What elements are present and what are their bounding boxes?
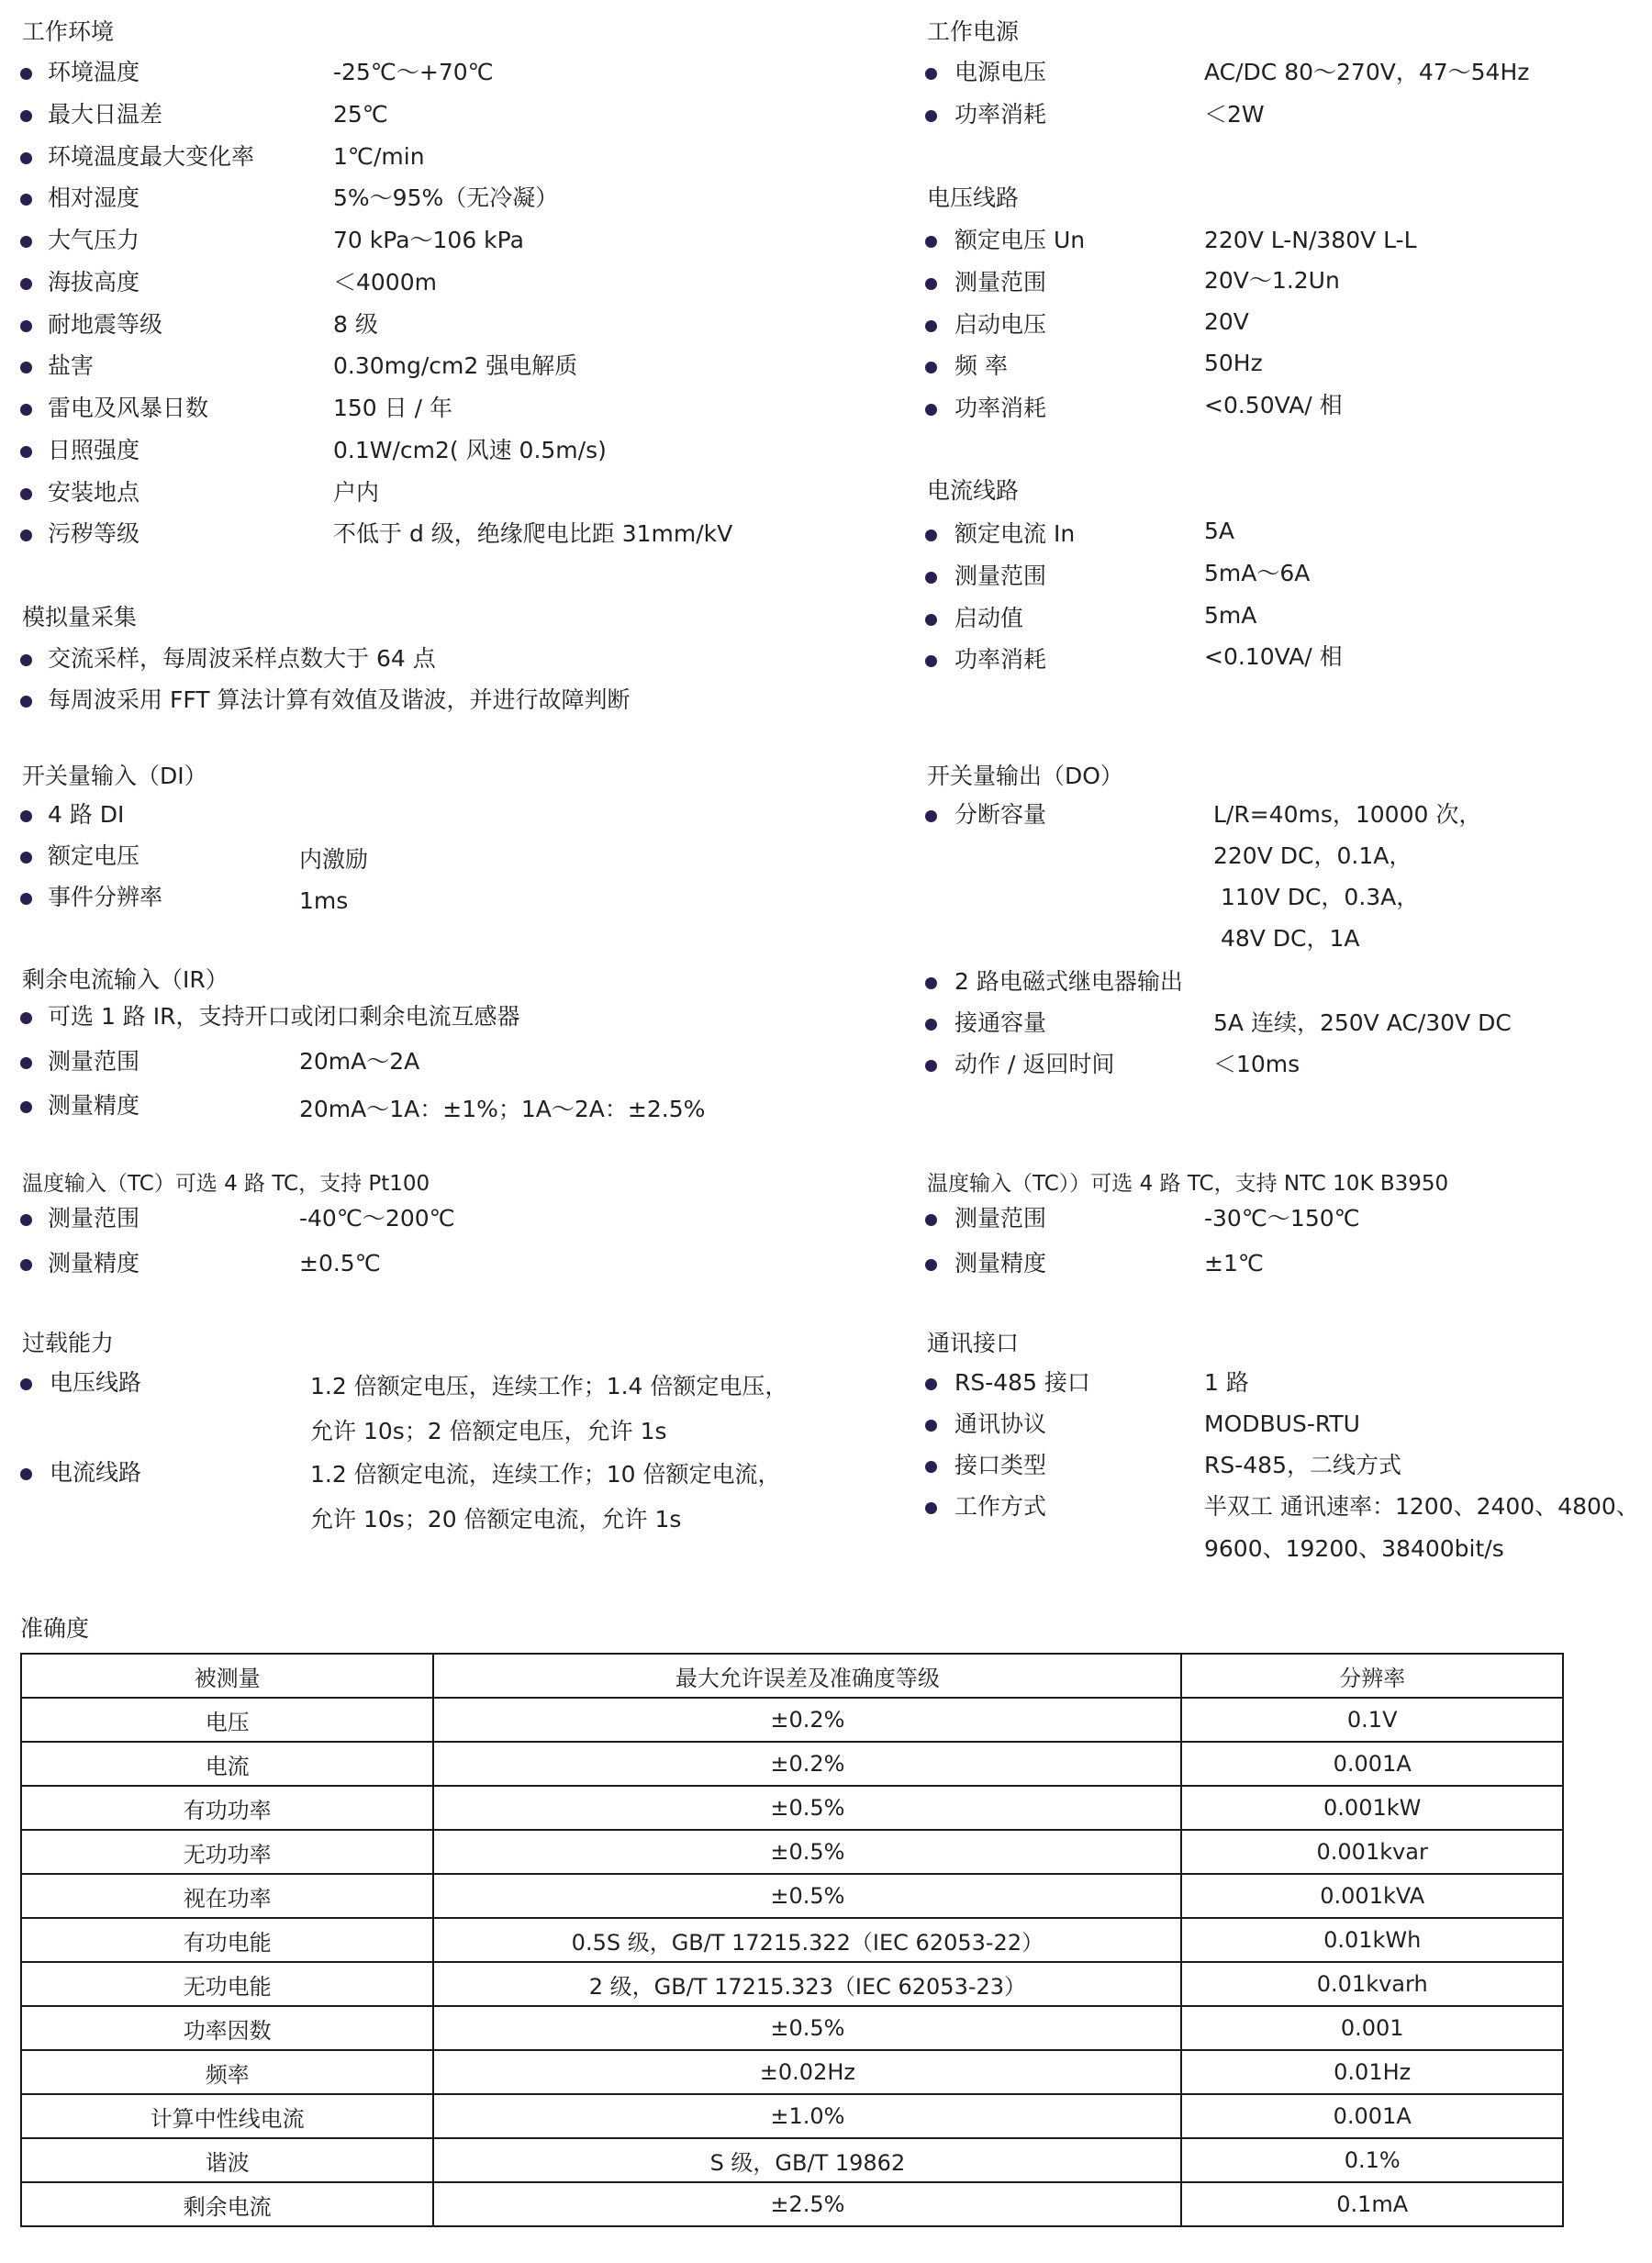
bullet-icon xyxy=(20,1214,32,1226)
item-value-line: 半双工 通讯速率：1200、2400、4800、 xyxy=(1204,1493,1639,1521)
cell-max-error: S 级，GB/T 19862 xyxy=(433,2138,1181,2182)
item-label: 事件分辨率 xyxy=(48,884,162,911)
item-label: 电压线路 xyxy=(50,1369,141,1397)
item-value: 8 级 xyxy=(333,311,378,339)
bullet-icon xyxy=(925,530,937,541)
accuracy-table: 被测量 最大允许误差及准确度等级 分辨率 电压±0.2%0.1V 电流±0.2%… xyxy=(20,1653,1564,2227)
item-label: 每周波采用 FFT 算法计算有效值及谐波，并进行故障判断 xyxy=(48,686,631,714)
item-label: 功率消耗 xyxy=(954,101,1046,128)
bullet-icon xyxy=(925,110,937,122)
cell-measurand: 频率 xyxy=(21,2050,433,2094)
cell-resolution: 0.001A xyxy=(1181,1742,1563,1786)
bullet-icon xyxy=(925,320,937,332)
item-label: 通讯协议 xyxy=(954,1410,1046,1438)
cell-measurand: 无功电能 xyxy=(21,1962,433,2006)
cell-max-error: ±0.02Hz xyxy=(433,2050,1181,2094)
table-row: 谐波S 级，GB/T 198620.1% xyxy=(21,2138,1563,2182)
cell-max-error: ±0.5% xyxy=(433,1874,1181,1918)
table-row: 频率±0.02Hz0.01Hz xyxy=(21,2050,1563,2094)
bullet-icon xyxy=(20,1259,32,1271)
item-value-line: 允许 10s；20 倍额定电流，允许 1s xyxy=(310,1506,681,1533)
bullet-icon xyxy=(925,1019,937,1031)
item-label: 相对湿度 xyxy=(48,184,140,212)
cell-measurand: 有功功率 xyxy=(21,1786,433,1830)
item-label: 分断容量 xyxy=(954,801,1046,829)
table-row: 无功功率±0.5%0.001kvar xyxy=(21,1830,1563,1874)
item-value: 5mA～6A xyxy=(1204,560,1310,587)
item-value-line: 110V DC，0.3A， xyxy=(1213,884,1419,911)
bullet-icon xyxy=(20,362,32,373)
cell-measurand: 谐波 xyxy=(21,2138,433,2182)
section-title-ir: 剩余电流输入（IR） xyxy=(22,966,229,994)
section-title-analog: 模拟量采集 xyxy=(22,604,137,631)
section-title-di: 开关量输入（DI） xyxy=(22,763,207,790)
bullet-icon xyxy=(20,152,32,164)
item-label: 动作 / 返回时间 xyxy=(954,1051,1114,1078)
item-value: 20mA～1A：±1%；1A～2A：±2.5% xyxy=(299,1096,705,1123)
bullet-icon xyxy=(20,194,32,206)
item-label: 污秽等级 xyxy=(48,520,140,548)
bullet-icon xyxy=(925,1214,937,1226)
item-value: 不低于 d 级，绝缘爬电比距 31mm/kV xyxy=(333,520,732,548)
bullet-icon xyxy=(20,654,32,666)
table-row: 无功电能2 级，GB/T 17215.323（IEC 62053-23）0.01… xyxy=(21,1962,1563,2006)
item-label: 电流线路 xyxy=(50,1459,141,1487)
bullet-icon xyxy=(20,1101,32,1113)
item-value: 150 日 / 年 xyxy=(333,395,452,422)
bullet-icon xyxy=(20,278,32,290)
item-value-line: 允许 10s；2 倍额定电压，允许 1s xyxy=(310,1418,667,1445)
bullet-icon xyxy=(925,655,937,667)
item-value: -40℃～200℃ xyxy=(299,1205,455,1232)
item-label: 测量范围 xyxy=(954,269,1046,296)
table-row: 有功功率±0.5%0.001kW xyxy=(21,1786,1563,1830)
item-value: 20V～1.2Un xyxy=(1204,267,1340,295)
table-row: 有功电能0.5S 级，GB/T 17215.322（IEC 62053-22）0… xyxy=(21,1918,1563,1962)
column-header-resolution: 分辨率 xyxy=(1181,1654,1563,1698)
item-label: 最大日温差 xyxy=(48,101,162,128)
item-value: 5%～95%（无冷凝） xyxy=(333,184,558,212)
bullet-icon xyxy=(20,488,32,500)
cell-measurand: 无功功率 xyxy=(21,1830,433,1874)
cell-resolution: 0.1% xyxy=(1181,2138,1563,2182)
item-label: 环境温度 xyxy=(48,59,140,86)
bullet-icon xyxy=(20,1057,32,1069)
cell-max-error: ±0.2% xyxy=(433,1698,1181,1742)
item-value: 50Hz xyxy=(1204,350,1263,377)
cell-resolution: 0.01Hz xyxy=(1181,2050,1563,2094)
cell-max-error: ±0.5% xyxy=(433,1830,1181,1874)
bullet-icon xyxy=(20,530,32,541)
item-label: 工作方式 xyxy=(954,1493,1046,1521)
bullet-icon xyxy=(20,68,32,80)
item-label: 功率消耗 xyxy=(954,395,1046,422)
item-value: 内激励 xyxy=(299,846,368,874)
cell-max-error: 0.5S 级，GB/T 17215.322（IEC 62053-22） xyxy=(433,1918,1181,1962)
table-header-row: 被测量 最大允许误差及准确度等级 分辨率 xyxy=(21,1654,1563,1698)
item-value: -25℃～+70℃ xyxy=(333,59,494,86)
table-row: 电压±0.2%0.1V xyxy=(21,1698,1563,1742)
item-label: 测量精度 xyxy=(48,1250,140,1277)
item-label: 耐地震等级 xyxy=(48,311,162,339)
item-value: RS-485，二线方式 xyxy=(1204,1452,1401,1479)
bullet-icon xyxy=(925,362,937,373)
bullet-icon xyxy=(925,236,937,248)
table-row: 电流±0.2%0.001A xyxy=(21,1742,1563,1786)
cell-max-error: ±2.5% xyxy=(433,2182,1181,2226)
section-title-accuracy: 准确度 xyxy=(20,1615,89,1643)
bullet-icon xyxy=(20,404,32,416)
cell-measurand: 电压 xyxy=(21,1698,433,1742)
item-label: 功率消耗 xyxy=(954,646,1046,674)
item-label: 额定电压 Un xyxy=(954,227,1085,254)
bullet-icon xyxy=(925,1259,937,1271)
item-value-line: 1.2 倍额定电压，连续工作；1.4 倍额定电压， xyxy=(310,1373,787,1400)
cell-resolution: 0.001kVA xyxy=(1181,1874,1563,1918)
section-title-power: 工作电源 xyxy=(927,18,1019,46)
bullet-icon xyxy=(20,110,32,122)
cell-resolution: 0.001kvar xyxy=(1181,1830,1563,1874)
item-label: 额定电压 xyxy=(48,842,140,870)
section-title-do: 开关量输出（DO） xyxy=(927,763,1123,790)
item-value: 0.30mg/cm2 强电解质 xyxy=(333,352,577,380)
cell-measurand: 电流 xyxy=(21,1742,433,1786)
item-label: 测量精度 xyxy=(48,1092,140,1120)
cell-resolution: 0.1V xyxy=(1181,1698,1563,1742)
item-value: 20V xyxy=(1204,308,1249,336)
bullet-icon xyxy=(925,1502,937,1514)
cell-measurand: 剩余电流 xyxy=(21,2182,433,2226)
item-label: 大气压力 xyxy=(48,227,140,254)
item-label: 启动电压 xyxy=(954,311,1046,339)
section-title-tc-ntc: 温度输入（TC））可选 4 路 TC，支持 NTC 10K B3950 xyxy=(927,1170,1448,1198)
cell-max-error: ±0.5% xyxy=(433,2006,1181,2050)
section-title-overload: 过载能力 xyxy=(22,1330,114,1357)
section-title-environment: 工作环境 xyxy=(22,18,114,46)
bullet-icon xyxy=(925,68,937,80)
bullet-icon xyxy=(925,572,937,584)
cell-resolution: 0.001 xyxy=(1181,2006,1563,2050)
bullet-icon xyxy=(925,404,937,416)
item-value: 5A 连续，250V AC/30V DC xyxy=(1213,1009,1512,1037)
item-value: ±1℃ xyxy=(1204,1250,1264,1277)
item-value: 1℃/min xyxy=(333,143,425,171)
item-label: 启动值 xyxy=(954,605,1023,632)
item-value: 5A xyxy=(1204,518,1234,545)
item-value: MODBUS-RTU xyxy=(1204,1410,1360,1438)
item-label: 可选 1 路 IR，支持开口或闭口剩余电流互感器 xyxy=(48,1003,520,1031)
item-value-line: 1.2 倍额定电流，连续工作；10 倍额定电流， xyxy=(310,1461,780,1488)
cell-resolution: 0.01kvarh xyxy=(1181,1962,1563,2006)
item-label: 测量范围 xyxy=(48,1205,140,1232)
cell-resolution: 0.001A xyxy=(1181,2094,1563,2138)
item-label: 测量范围 xyxy=(48,1048,140,1076)
cell-measurand: 功率因数 xyxy=(21,2006,433,2050)
item-label: 日照强度 xyxy=(48,437,140,464)
bullet-icon xyxy=(925,977,937,989)
table-row: 计算中性线电流±1.0%0.001A xyxy=(21,2094,1563,2138)
bullet-icon xyxy=(20,446,32,458)
bullet-icon xyxy=(20,893,32,905)
cell-resolution: 0.1mA xyxy=(1181,2182,1563,2226)
table-row: 功率因数±0.5%0.001 xyxy=(21,2006,1563,2050)
item-label: 交流采样，每周波采样点数大于 64 点 xyxy=(48,645,436,673)
item-label: 接通容量 xyxy=(954,1009,1046,1037)
item-label: 额定电流 In xyxy=(954,520,1075,548)
bullet-icon xyxy=(925,810,937,822)
bullet-icon xyxy=(20,236,32,248)
item-label: 测量精度 xyxy=(954,1250,1046,1277)
cell-measurand: 有功电能 xyxy=(21,1918,433,1962)
cell-max-error: ±1.0% xyxy=(433,2094,1181,2138)
item-label: 雷电及风暴日数 xyxy=(48,395,208,422)
item-value-line: L/R=40ms，10000 次， xyxy=(1213,801,1481,829)
bullet-icon xyxy=(925,1461,937,1473)
item-value-line: 220V DC，0.1A， xyxy=(1213,842,1412,870)
section-title-comm: 通讯接口 xyxy=(927,1330,1019,1357)
bullet-icon xyxy=(20,696,32,708)
item-label: 环境温度最大变化率 xyxy=(48,143,254,171)
item-value: 20mA～2A xyxy=(299,1048,419,1076)
item-label: RS-485 接口 xyxy=(954,1369,1090,1397)
item-value: AC/DC 80～270V，47～54Hz xyxy=(1204,59,1529,86)
bullet-icon xyxy=(925,1378,937,1390)
item-label: 盐害 xyxy=(48,352,94,380)
column-header-max-error: 最大允许误差及准确度等级 xyxy=(433,1654,1181,1698)
item-value-line: 9600、19200、38400bit/s xyxy=(1204,1535,1504,1563)
section-title-tc-pt100: 温度输入（TC）可选 4 路 TC，支持 Pt100 xyxy=(22,1170,430,1198)
item-value: 5mA xyxy=(1204,602,1256,630)
item-value: <0.50VA/ 相 xyxy=(1204,392,1343,419)
item-label: 测量范围 xyxy=(954,563,1046,590)
column-header-measurand: 被测量 xyxy=(21,1654,433,1698)
item-value: ＜10ms xyxy=(1213,1051,1300,1078)
item-value: <0.10VA/ 相 xyxy=(1204,643,1343,671)
bullet-icon xyxy=(925,614,937,626)
item-value-line: 48V DC，1A xyxy=(1213,925,1360,953)
bullet-icon xyxy=(925,1420,937,1432)
cell-max-error: ±0.5% xyxy=(433,1786,1181,1830)
item-value: -30℃～150℃ xyxy=(1204,1205,1360,1232)
item-value: 0.1W/cm2( 风速 0.5m/s) xyxy=(333,437,607,464)
cell-max-error: 2 级，GB/T 17215.323（IEC 62053-23） xyxy=(433,1962,1181,2006)
item-label: 电源电压 xyxy=(954,59,1046,86)
item-label: 安装地点 xyxy=(48,479,140,507)
cell-measurand: 视在功率 xyxy=(21,1874,433,1918)
section-title-current: 电流线路 xyxy=(927,477,1019,505)
cell-max-error: ±0.2% xyxy=(433,1742,1181,1786)
bullet-icon xyxy=(925,1060,937,1072)
bullet-icon xyxy=(20,810,32,822)
item-value: 70 kPa～106 kPa xyxy=(333,227,524,254)
item-label: 4 路 DI xyxy=(48,801,124,829)
section-title-voltage: 电压线路 xyxy=(927,184,1019,212)
item-label: 测量范围 xyxy=(954,1205,1046,1232)
item-value: 220V L-N/380V L-L xyxy=(1204,227,1417,254)
item-label: 2 路电磁式继电器输出 xyxy=(954,968,1183,996)
item-label: 频 率 xyxy=(954,352,1008,380)
item-value: ＜2W xyxy=(1204,101,1265,128)
bullet-icon xyxy=(20,1378,32,1390)
bullet-icon xyxy=(925,278,937,290)
item-label: 接口类型 xyxy=(954,1452,1046,1479)
bullet-icon xyxy=(20,852,32,864)
item-value: 1ms xyxy=(299,887,348,915)
bullet-icon xyxy=(20,1468,32,1480)
table-row: 剩余电流±2.5%0.1mA xyxy=(21,2182,1563,2226)
cell-resolution: 0.001kW xyxy=(1181,1786,1563,1830)
item-value: 25℃ xyxy=(333,101,388,128)
cell-measurand: 计算中性线电流 xyxy=(21,2094,433,2138)
bullet-icon xyxy=(20,1012,32,1024)
item-value: 户内 xyxy=(333,479,379,507)
bullet-icon xyxy=(20,320,32,332)
item-label: 海拔高度 xyxy=(48,269,140,296)
item-value: ＜4000m xyxy=(333,269,437,296)
item-value: 1 路 xyxy=(1204,1369,1249,1397)
item-value: ±0.5℃ xyxy=(299,1250,381,1277)
cell-resolution: 0.01kWh xyxy=(1181,1918,1563,1962)
table-row: 视在功率±0.5%0.001kVA xyxy=(21,1874,1563,1918)
